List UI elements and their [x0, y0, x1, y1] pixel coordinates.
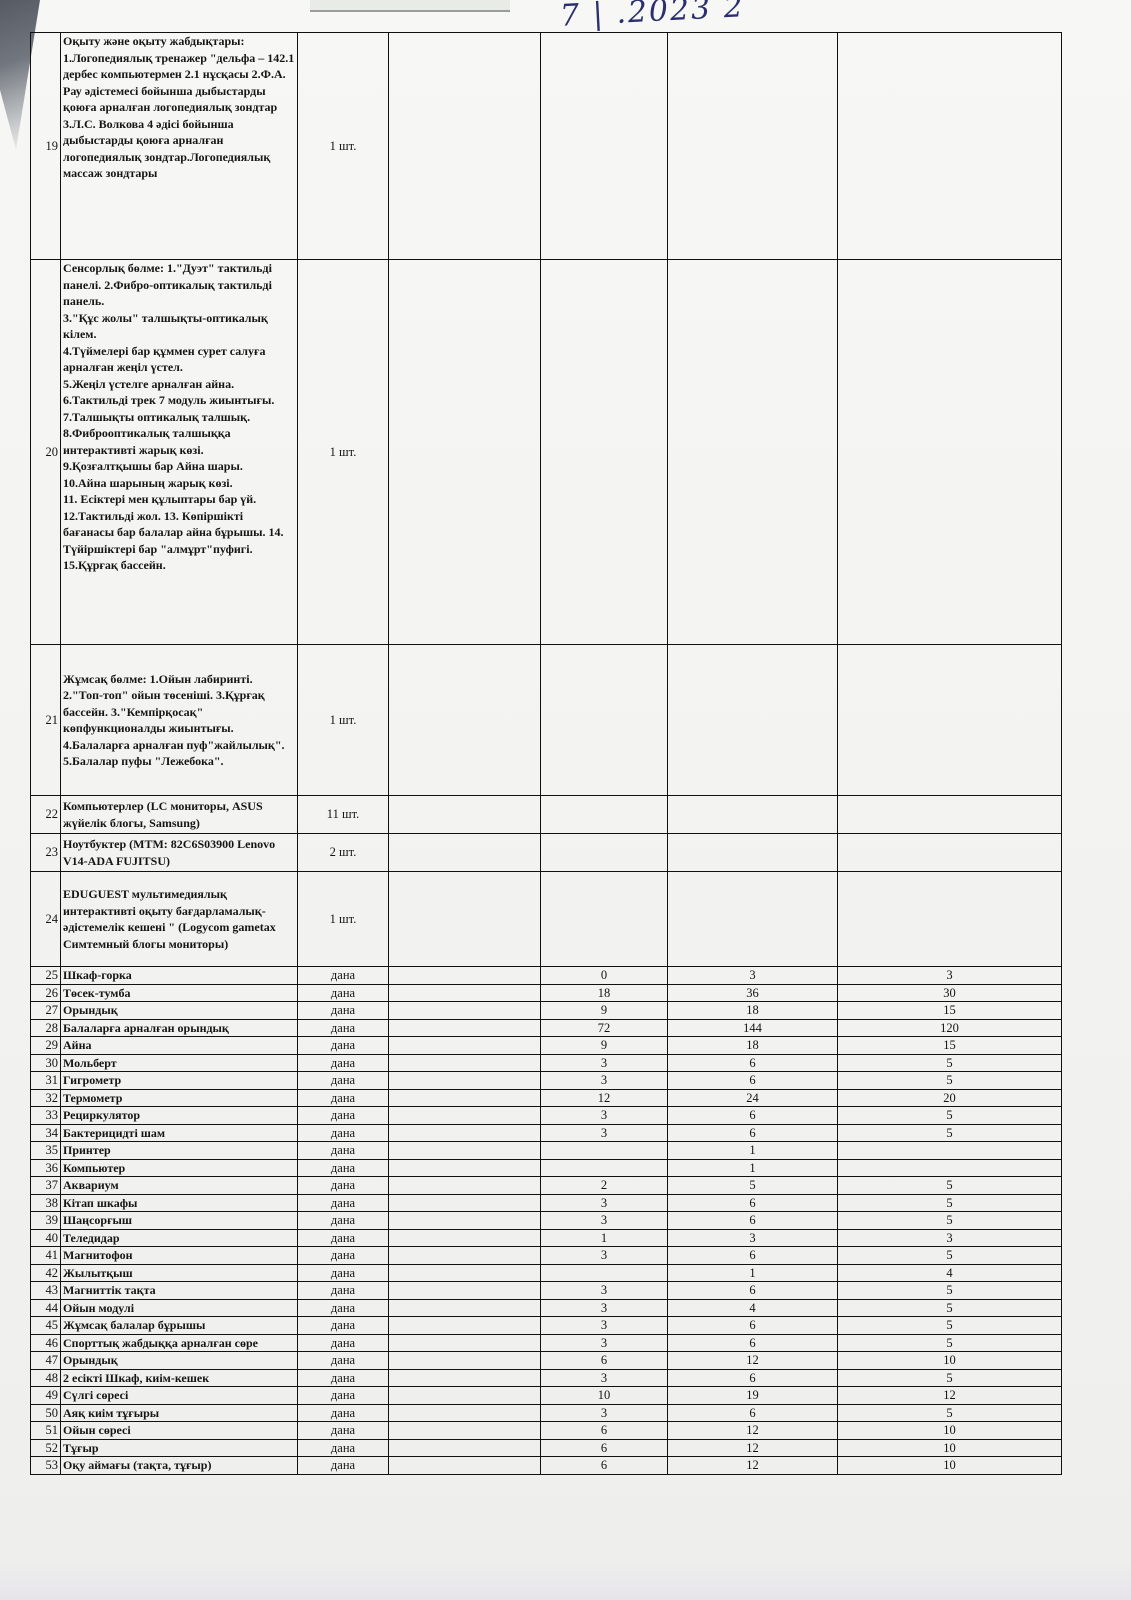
column-4-value [389, 1352, 541, 1370]
column-4-value [389, 1282, 541, 1300]
column-4-value [389, 1439, 541, 1457]
column-4-value [389, 1072, 541, 1090]
row-number: 30 [31, 1054, 61, 1072]
item-name: Термометр [61, 1089, 298, 1107]
column-4-value [389, 1299, 541, 1317]
item-name: Аквариум [61, 1177, 298, 1195]
column-5-value: 3 [541, 1334, 668, 1352]
column-7-value: 4 [838, 1264, 1062, 1282]
row-number: 36 [31, 1159, 61, 1177]
column-6-value: 6 [668, 1194, 838, 1212]
unit-of-measure: дана [298, 1002, 389, 1020]
unit-of-measure: 1 шт. [298, 260, 389, 645]
item-name: Ойын сөресі [61, 1422, 298, 1440]
column-5-value: 10 [541, 1387, 668, 1405]
column-6-value: 6 [668, 1247, 838, 1265]
item-name: Магниттік тақта [61, 1282, 298, 1300]
row-number: 21 [31, 645, 61, 796]
table-row: 482 есікті Шкаф, киім-кешекдана365 [31, 1369, 1062, 1387]
table-row: 50Аяқ киім тұғырыдана365 [31, 1404, 1062, 1422]
unit-of-measure: дана [298, 1124, 389, 1142]
item-name: Жұмсақ балалар бұрышы [61, 1317, 298, 1335]
column-5-value [541, 260, 668, 645]
column-6-value: 1 [668, 1142, 838, 1160]
row-number: 26 [31, 984, 61, 1002]
row-number: 23 [31, 834, 61, 872]
row-number: 20 [31, 260, 61, 645]
column-7-value [838, 796, 1062, 834]
row-number: 31 [31, 1072, 61, 1090]
item-name: Төсек-тумба [61, 984, 298, 1002]
item-name: Шкаф-горка [61, 967, 298, 985]
column-5-value: 18 [541, 984, 668, 1002]
column-6-value: 1 [668, 1159, 838, 1177]
item-name: Компьютер [61, 1159, 298, 1177]
item-name: Жылытқыш [61, 1264, 298, 1282]
table-row: 46Спорттық жабдыққа арналған сөредана365 [31, 1334, 1062, 1352]
item-name: Сенсорлық бөлме: 1."Дуэт" тактильді пане… [61, 260, 298, 645]
column-4-value [389, 1387, 541, 1405]
item-name: Магнитофон [61, 1247, 298, 1265]
column-7-value: 5 [838, 1054, 1062, 1072]
table-row: 40Теледидардана133 [31, 1229, 1062, 1247]
column-4-value [389, 967, 541, 985]
row-number: 42 [31, 1264, 61, 1282]
column-4-value [389, 645, 541, 796]
column-7-value [838, 872, 1062, 967]
row-number: 35 [31, 1142, 61, 1160]
item-name: Кітап шкафы [61, 1194, 298, 1212]
item-name: Ноутбуктер (MTM: 82C6S03900 Lenovo V14-A… [61, 834, 298, 872]
row-number: 34 [31, 1124, 61, 1142]
column-6-value: 3 [668, 967, 838, 985]
column-5-value [541, 1142, 668, 1160]
column-4-value [389, 1369, 541, 1387]
column-6-value [668, 645, 838, 796]
column-5-value: 6 [541, 1439, 668, 1457]
column-6-value: 6 [668, 1317, 838, 1335]
table-row: 37Аквариумдана255 [31, 1177, 1062, 1195]
column-6-value [668, 796, 838, 834]
table-row: 25Шкаф-горкадана033 [31, 967, 1062, 985]
column-4-value [389, 872, 541, 967]
column-6-value: 3 [668, 1229, 838, 1247]
column-5-value: 3 [541, 1369, 668, 1387]
row-number: 33 [31, 1107, 61, 1125]
inventory-table: 19Оқыту және оқыту жабдықтары: 1.Логопед… [30, 32, 1062, 1475]
unit-of-measure: 1 шт. [298, 872, 389, 967]
column-7-value: 5 [838, 1194, 1062, 1212]
table-row: 27Орындықдана91815 [31, 1002, 1062, 1020]
unit-of-measure: дана [298, 1142, 389, 1160]
column-7-value: 10 [838, 1439, 1062, 1457]
table-row: 43Магниттік тақтадана365 [31, 1282, 1062, 1300]
column-6-value: 12 [668, 1422, 838, 1440]
column-7-value [838, 33, 1062, 260]
column-5-value [541, 645, 668, 796]
column-6-value: 24 [668, 1089, 838, 1107]
unit-of-measure: дана [298, 1212, 389, 1230]
column-6-value [668, 834, 838, 872]
column-7-value: 5 [838, 1124, 1062, 1142]
table-row: 42Жылытқышдана14 [31, 1264, 1062, 1282]
table-row: 52Тұғырдана61210 [31, 1439, 1062, 1457]
table-row: 30Мольбертдана365 [31, 1054, 1062, 1072]
column-7-value: 10 [838, 1352, 1062, 1370]
column-4-value [389, 1037, 541, 1055]
column-6-value: 6 [668, 1404, 838, 1422]
unit-of-measure: 1 шт. [298, 645, 389, 796]
table-row: 23Ноутбуктер (MTM: 82C6S03900 Lenovo V14… [31, 834, 1062, 872]
row-number: 44 [31, 1299, 61, 1317]
column-5-value: 6 [541, 1457, 668, 1475]
column-7-value: 15 [838, 1037, 1062, 1055]
column-5-value: 9 [541, 1002, 668, 1020]
column-6-value: 4 [668, 1299, 838, 1317]
row-number: 45 [31, 1317, 61, 1335]
table-row: 51Ойын сөресідана61210 [31, 1422, 1062, 1440]
unit-of-measure: дана [298, 1247, 389, 1265]
column-5-value: 2 [541, 1177, 668, 1195]
item-name: Мольберт [61, 1054, 298, 1072]
row-number: 49 [31, 1387, 61, 1405]
item-name: Оқыту және оқыту жабдықтары: 1.Логопедия… [61, 33, 298, 260]
column-6-value: 12 [668, 1352, 838, 1370]
column-7-value [838, 834, 1062, 872]
column-4-value [389, 1142, 541, 1160]
column-4-value [389, 1002, 541, 1020]
column-5-value: 3 [541, 1194, 668, 1212]
column-7-value: 10 [838, 1422, 1062, 1440]
item-name: Компьютерлер (LC мониторы, ASUS жүйелік … [61, 796, 298, 834]
column-5-value [541, 1264, 668, 1282]
unit-of-measure: дана [298, 1177, 389, 1195]
row-number: 53 [31, 1457, 61, 1475]
column-5-value: 72 [541, 1019, 668, 1037]
item-name: Шаңсорғыш [61, 1212, 298, 1230]
table-row: 28Балаларға арналған орындықдана72144120 [31, 1019, 1062, 1037]
table-row: 22Компьютерлер (LC мониторы, ASUS жүйелі… [31, 796, 1062, 834]
table-row: 45Жұмсақ балалар бұрышыдана365 [31, 1317, 1062, 1335]
table-row: 38Кітап шкафыдана365 [31, 1194, 1062, 1212]
inventory-table-body: 19Оқыту және оқыту жабдықтары: 1.Логопед… [31, 33, 1062, 1475]
column-6-value: 1 [668, 1264, 838, 1282]
column-6-value: 5 [668, 1177, 838, 1195]
column-4-value [389, 1177, 541, 1195]
table-row: 20Сенсорлық бөлме: 1."Дуэт" тактильді па… [31, 260, 1062, 645]
bottom-shadow [0, 1560, 1131, 1600]
column-6-value: 6 [668, 1054, 838, 1072]
unit-of-measure: дана [298, 1229, 389, 1247]
item-name: Орындық [61, 1002, 298, 1020]
column-7-value: 10 [838, 1457, 1062, 1475]
unit-of-measure: дана [298, 1054, 389, 1072]
column-7-value [838, 1159, 1062, 1177]
unit-of-measure: дана [298, 1159, 389, 1177]
column-7-value: 20 [838, 1089, 1062, 1107]
column-4-value [389, 1019, 541, 1037]
column-4-value [389, 1194, 541, 1212]
unit-of-measure: дана [298, 1387, 389, 1405]
unit-of-measure: дана [298, 1317, 389, 1335]
column-7-value [838, 1142, 1062, 1160]
column-4-value [389, 1229, 541, 1247]
unit-of-measure: дана [298, 1019, 389, 1037]
table-row: 36Компьютердана1 [31, 1159, 1062, 1177]
item-name: Теледидар [61, 1229, 298, 1247]
column-5-value: 3 [541, 1107, 668, 1125]
column-6-value [668, 872, 838, 967]
unit-of-measure: дана [298, 1422, 389, 1440]
table-row: 49Сүлгі сөресідана101912 [31, 1387, 1062, 1405]
column-6-value: 18 [668, 1037, 838, 1055]
item-name: Сүлгі сөресі [61, 1387, 298, 1405]
row-number: 25 [31, 967, 61, 985]
table-row: 47Орындықдана61210 [31, 1352, 1062, 1370]
column-7-value: 3 [838, 967, 1062, 985]
column-6-value: 144 [668, 1019, 838, 1037]
unit-of-measure: дана [298, 1194, 389, 1212]
column-5-value: 3 [541, 1404, 668, 1422]
item-name: Айна [61, 1037, 298, 1055]
column-4-value [389, 1107, 541, 1125]
item-name: Оқу аймағы (тақта, тұғыр) [61, 1457, 298, 1475]
unit-of-measure: дана [298, 1264, 389, 1282]
column-4-value [389, 1457, 541, 1475]
column-7-value: 5 [838, 1247, 1062, 1265]
table-row: 24EDUGUEST мультимедиялық интерактивті о… [31, 872, 1062, 967]
column-7-value [838, 645, 1062, 796]
column-6-value: 6 [668, 1107, 838, 1125]
column-5-value: 6 [541, 1352, 668, 1370]
table-row: 34Бактерицидті шамдана365 [31, 1124, 1062, 1142]
row-number: 41 [31, 1247, 61, 1265]
column-7-value: 5 [838, 1299, 1062, 1317]
row-number: 19 [31, 33, 61, 260]
unit-of-measure: дана [298, 1369, 389, 1387]
column-7-value: 5 [838, 1177, 1062, 1195]
unit-of-measure: дана [298, 1089, 389, 1107]
column-5-value [541, 834, 668, 872]
unit-of-measure: дана [298, 1439, 389, 1457]
column-5-value [541, 872, 668, 967]
unit-of-measure: дана [298, 1072, 389, 1090]
row-number: 38 [31, 1194, 61, 1212]
column-5-value [541, 796, 668, 834]
item-name: Орындық [61, 1352, 298, 1370]
unit-of-measure: 1 шт. [298, 33, 389, 260]
item-name: Спорттық жабдыққа арналған сөре [61, 1334, 298, 1352]
column-6-value: 19 [668, 1387, 838, 1405]
column-5-value: 3 [541, 1072, 668, 1090]
unit-of-measure: 11 шт. [298, 796, 389, 834]
item-name: Принтер [61, 1142, 298, 1160]
table-row: 44Ойын модулідана345 [31, 1299, 1062, 1317]
row-number: 39 [31, 1212, 61, 1230]
column-4-value [389, 1264, 541, 1282]
row-number: 47 [31, 1352, 61, 1370]
table-row: 19Оқыту және оқыту жабдықтары: 1.Логопед… [31, 33, 1062, 260]
column-6-value: 6 [668, 1072, 838, 1090]
column-4-value [389, 796, 541, 834]
unit-of-measure: дана [298, 1334, 389, 1352]
row-number: 52 [31, 1439, 61, 1457]
column-7-value: 5 [838, 1334, 1062, 1352]
item-name: Тұғыр [61, 1439, 298, 1457]
column-7-value: 120 [838, 1019, 1062, 1037]
column-4-value [389, 984, 541, 1002]
column-5-value: 0 [541, 967, 668, 985]
row-number: 28 [31, 1019, 61, 1037]
table-row: 33Рециркулятордана365 [31, 1107, 1062, 1125]
table-row: 21Жұмсақ бөлме: 1.Ойын лабиринті. 2."Топ… [31, 645, 1062, 796]
column-7-value: 5 [838, 1317, 1062, 1335]
column-4-value [389, 1159, 541, 1177]
unit-of-measure: дана [298, 1037, 389, 1055]
table-row: 53Оқу аймағы (тақта, тұғыр)дана61210 [31, 1457, 1062, 1475]
table-row: 31Гигрометрдана365 [31, 1072, 1062, 1090]
column-4-value [389, 1247, 541, 1265]
unit-of-measure: 2 шт. [298, 834, 389, 872]
column-4-value [389, 1334, 541, 1352]
column-4-value [389, 1404, 541, 1422]
column-7-value: 5 [838, 1404, 1062, 1422]
column-6-value: 36 [668, 984, 838, 1002]
table-row: 41Магнитофондана365 [31, 1247, 1062, 1265]
tape-strip [310, 0, 510, 12]
column-7-value: 5 [838, 1282, 1062, 1300]
column-5-value [541, 33, 668, 260]
column-7-value: 12 [838, 1387, 1062, 1405]
item-name: Балаларға арналған орындық [61, 1019, 298, 1037]
table-row: 32Термометрдана122420 [31, 1089, 1062, 1107]
item-name: 2 есікті Шкаф, киім-кешек [61, 1369, 298, 1387]
column-5-value: 3 [541, 1247, 668, 1265]
column-6-value: 6 [668, 1334, 838, 1352]
column-6-value: 12 [668, 1457, 838, 1475]
row-number: 48 [31, 1369, 61, 1387]
item-name: Аяқ киім тұғыры [61, 1404, 298, 1422]
unit-of-measure: дана [298, 1107, 389, 1125]
column-4-value [389, 260, 541, 645]
unit-of-measure: дана [298, 967, 389, 985]
column-6-value: 6 [668, 1212, 838, 1230]
column-6-value: 6 [668, 1282, 838, 1300]
column-4-value [389, 33, 541, 260]
column-5-value [541, 1159, 668, 1177]
row-number: 40 [31, 1229, 61, 1247]
column-5-value: 3 [541, 1124, 668, 1142]
column-4-value [389, 1089, 541, 1107]
column-5-value: 9 [541, 1037, 668, 1055]
unit-of-measure: дана [298, 1299, 389, 1317]
unit-of-measure: дана [298, 984, 389, 1002]
unit-of-measure: дана [298, 1282, 389, 1300]
column-5-value: 3 [541, 1054, 668, 1072]
item-name: Ойын модулі [61, 1299, 298, 1317]
column-7-value: 30 [838, 984, 1062, 1002]
row-number: 43 [31, 1282, 61, 1300]
column-7-value: 5 [838, 1369, 1062, 1387]
item-name: Бактерицидті шам [61, 1124, 298, 1142]
column-7-value: 5 [838, 1212, 1062, 1230]
row-number: 24 [31, 872, 61, 967]
row-number: 50 [31, 1404, 61, 1422]
column-6-value: 6 [668, 1369, 838, 1387]
column-5-value: 3 [541, 1299, 668, 1317]
column-4-value [389, 1317, 541, 1335]
item-name: EDUGUEST мультимедиялық интерактивті оқы… [61, 872, 298, 967]
column-6-value [668, 260, 838, 645]
column-5-value: 1 [541, 1229, 668, 1247]
column-7-value: 3 [838, 1229, 1062, 1247]
column-7-value [838, 260, 1062, 645]
column-4-value [389, 1054, 541, 1072]
column-5-value: 3 [541, 1282, 668, 1300]
column-4-value [389, 1212, 541, 1230]
column-4-value [389, 1422, 541, 1440]
row-number: 27 [31, 1002, 61, 1020]
column-7-value: 15 [838, 1002, 1062, 1020]
item-name: Гигрометр [61, 1072, 298, 1090]
row-number: 51 [31, 1422, 61, 1440]
row-number: 22 [31, 796, 61, 834]
column-6-value [668, 33, 838, 260]
row-number: 29 [31, 1037, 61, 1055]
column-5-value: 12 [541, 1089, 668, 1107]
row-number: 32 [31, 1089, 61, 1107]
table-row: 26Төсек-тумбадана183630 [31, 984, 1062, 1002]
unit-of-measure: дана [298, 1404, 389, 1422]
unit-of-measure: дана [298, 1352, 389, 1370]
column-7-value: 5 [838, 1072, 1062, 1090]
column-5-value: 3 [541, 1212, 668, 1230]
unit-of-measure: дана [298, 1457, 389, 1475]
column-5-value: 3 [541, 1317, 668, 1335]
row-number: 37 [31, 1177, 61, 1195]
column-4-value [389, 1124, 541, 1142]
column-4-value [389, 834, 541, 872]
column-7-value: 5 [838, 1107, 1062, 1125]
row-number: 46 [31, 1334, 61, 1352]
column-6-value: 6 [668, 1124, 838, 1142]
table-row: 29Айнадана91815 [31, 1037, 1062, 1055]
table-row: 39Шаңсорғышдана365 [31, 1212, 1062, 1230]
column-5-value: 6 [541, 1422, 668, 1440]
column-6-value: 18 [668, 1002, 838, 1020]
table-row: 35Принтердана1 [31, 1142, 1062, 1160]
item-name: Рециркулятор [61, 1107, 298, 1125]
item-name: Жұмсақ бөлме: 1.Ойын лабиринті. 2."Топ-т… [61, 645, 298, 796]
column-6-value: 12 [668, 1439, 838, 1457]
